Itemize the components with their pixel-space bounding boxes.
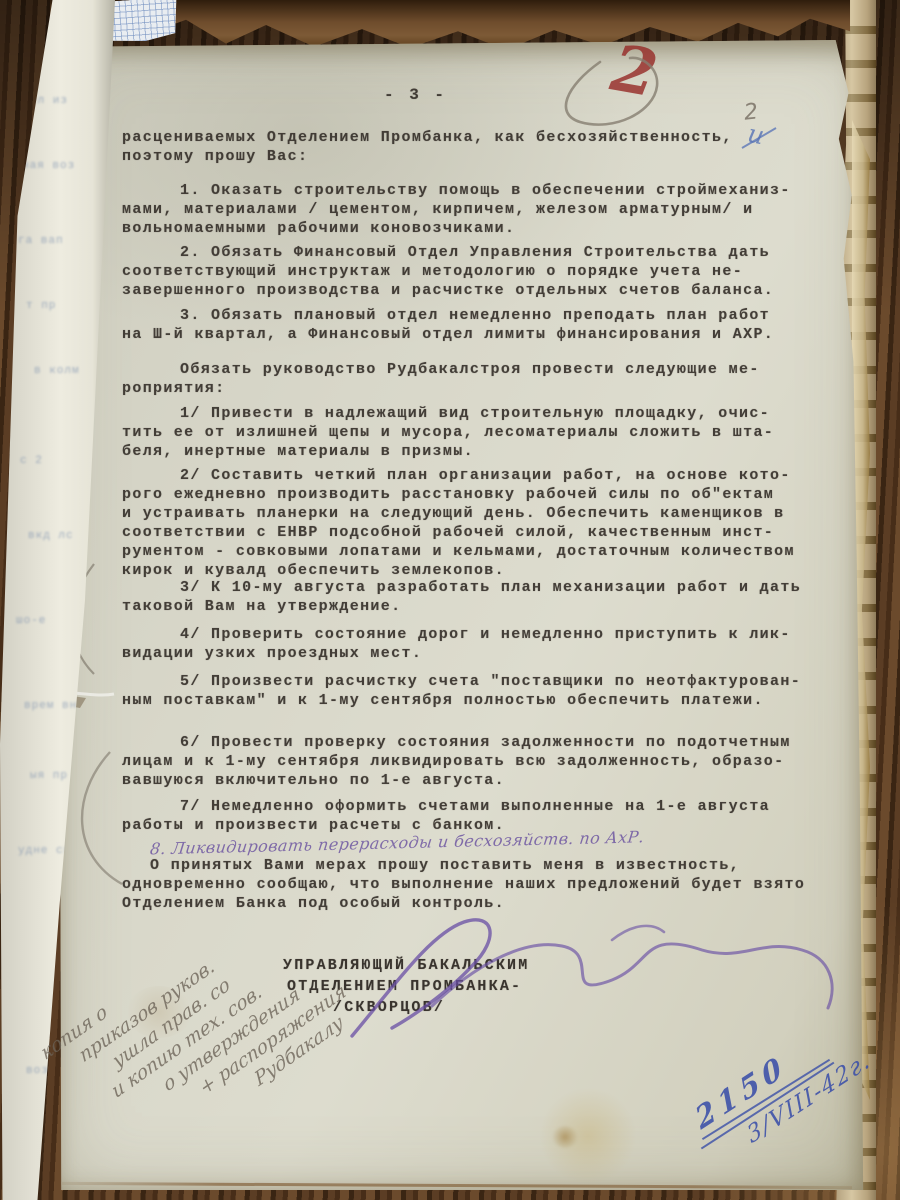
- page-number-header: - 3 -: [384, 86, 447, 104]
- ghost-text-fragment: т пр: [26, 300, 56, 312]
- ghost-text-fragment: с 2: [20, 455, 43, 467]
- ghost-text-fragment: в колм: [34, 365, 80, 377]
- ghost-text-fragment: шо-е: [16, 615, 46, 627]
- typed-paragraph: 4/ Проверить состояние дорог и немедленн…: [122, 625, 828, 663]
- typed-paragraph: 3/ К 10-му августа разработать план меха…: [122, 578, 828, 616]
- ghost-text-fragment: вкд лс: [28, 530, 74, 542]
- typed-paragraph: 2. Обязать Финансовый Отдел Управления С…: [122, 243, 828, 300]
- typed-paragraph: 3. Обязать плановый отдел немедленно пре…: [122, 306, 828, 344]
- typed-paragraph: Обязать руководство Рудбакалстроя провес…: [122, 360, 828, 398]
- ghost-text-fragment: удне сп: [18, 845, 71, 857]
- typed-paragraph: 1. Оказать строительству помощь в обеспе…: [122, 181, 828, 238]
- ghost-text-fragment: ыя пр: [30, 770, 68, 782]
- typed-paragraph: расцениваемых Отделением Промбанка, как …: [122, 128, 828, 166]
- paper-stain: [552, 1126, 578, 1148]
- typed-paragraph: 5/ Произвести расчистку счета "поставщик…: [122, 672, 828, 710]
- photo-of-archival-document: { "page": { "header_page_number": "- 3 -…: [0, 0, 900, 1200]
- ghost-text-fragment: врем вн: [24, 700, 77, 712]
- typed-paragraph: 1/ Привести в надлежащий вид строительну…: [122, 404, 828, 461]
- ghost-text-fragment: га вап: [18, 235, 64, 247]
- ghost-text-fragment: ная воз: [22, 160, 75, 172]
- typed-paragraph: О принятых Вами мерах прошу поставить ме…: [122, 856, 828, 913]
- typed-paragraph: 2/ Составить четкий план организации раб…: [122, 466, 828, 580]
- typed-paragraph: 6/ Провести проверку состояния задолженн…: [122, 733, 828, 790]
